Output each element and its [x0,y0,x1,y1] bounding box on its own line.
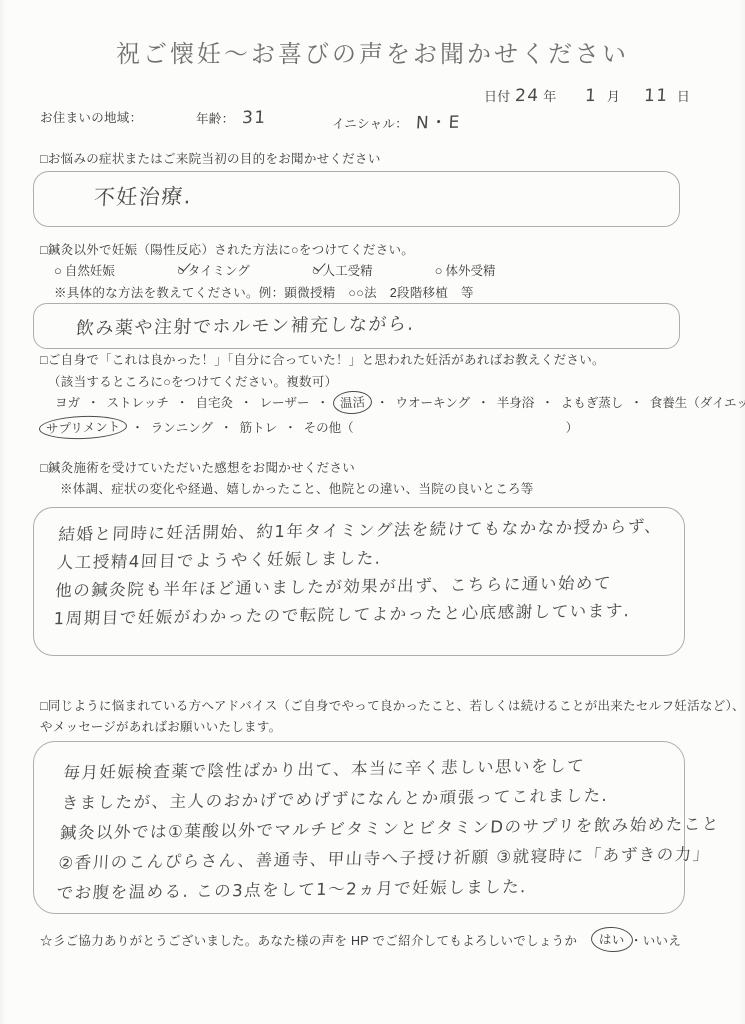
option-circle-icon: ○ [177,263,185,278]
q3-option: 自宅灸 [195,393,233,411]
q2-option-label: 自然妊娠 [65,261,115,279]
q2-option-artificial-insemination-checked: ○ 人工受精 [312,261,373,279]
page-title: 祝ご懐妊～お喜びの声をお聞かせください [0,34,745,69]
q3-option: 筋トレ [240,418,278,436]
q3-option: レーザー [259,393,309,411]
q4-label: □鍼灸施術を受けていただいた感想をお聞かせください [40,458,355,476]
q2-option-ivf: ○ 体外受精 [435,261,496,279]
footer-text: ☆彡ご協力ありがとうございました。あなた様の声を HP でご紹介してもよろしいで… [40,931,577,949]
date-day-label: 日 [677,86,690,105]
q5-answer-box: 毎月妊娠検査薬で陰性ばかり出て、本当に辛く悲しい思いをして きましたが、主人のお… [33,741,685,914]
date-month-label: 月 [607,86,620,105]
q2-option-natural: ○ 自然妊娠 [54,261,115,279]
q2-options-row: ○ 自然妊娠 ○ タイミング ○ 人工受精 ○ 体外受精 [54,261,496,279]
option-separator: ・ [541,393,554,411]
q3-option: ランニング [151,418,213,436]
date-field: 日付 24 年 1 月 11 日 [484,86,690,106]
q3-options-line2: サプリメント・ ランニング・ 筋トレ・ その他（ ） [42,418,578,436]
option-circle-icon: ○ [435,263,443,278]
age-value-handwritten: 31 [242,108,268,128]
q3-option: 半身浴 [497,393,535,411]
q3-note: （該当するところに○をつけてください。複数可） [48,372,337,390]
q3-option: よもぎ蒸し [561,393,624,411]
q2-option-label: 人工受精 [323,261,373,279]
option-separator: ・ [131,418,144,436]
q3-option: ウオーキング [396,393,471,411]
q3-option: 食養生（ダイエット） [650,393,745,411]
option-separator: ・ [240,393,253,411]
q2-answer-box: 飲み薬や注射でホルモン補充しながら. [33,303,680,349]
footer-consent-row: ☆彡ご協力ありがとうございました。あなた様の声を HP でご紹介してもよろしいで… [40,930,681,949]
option-separator: ・ [284,418,297,436]
consent-yes-circled: はい [591,926,634,953]
q3-option-onkatsu-circled: 温活 [332,389,372,414]
consent-no: いいえ [643,931,681,949]
option-separator: ・ [220,418,233,436]
date-year-label: 年 [543,86,556,105]
date-prefix-label: 日付 [484,86,511,105]
option-separator: ・ [376,393,389,411]
option-circle-icon: ○ [54,263,62,278]
option-separator: ・ [477,393,490,411]
option-separator: ・ [176,393,189,411]
q1-answer-box: 不妊治療. [33,171,680,227]
initials-label: イニシャル： [332,114,408,132]
date-month-handwritten: 1 [584,86,597,106]
q3-option: ヨガ [55,393,80,411]
date-year-handwritten: 24 [514,86,540,106]
q2-option-label: 体外受精 [445,261,495,279]
q5-label-line2: やメッセージがあればお願いいたします。 [40,717,281,735]
q1-label: □お悩みの症状またはご来院当初の目的をお聞かせください [40,149,381,167]
age-label: 年齢： [196,109,234,127]
date-day-handwritten: 11 [644,86,670,106]
scanned-questionnaire-page: 祝ご懐妊～お喜びの声をお聞かせください 日付 24 年 1 月 11 日 お住ま… [0,0,745,1024]
option-separator: ・ [630,393,643,411]
q2-note: ※具体的な方法を教えてください。例：顕微授精 ○○法 2段階移植 等 [54,283,474,301]
q2-label: □鍼灸以外で妊娠（陽性反応）された方法に○をつけてください。 [40,240,414,258]
q4-answer-handwritten: 結婚と同時に妊活開始、約1年タイミング法を続けてもなかなか授からず、 人工授精4… [53,513,663,634]
q4-note: ※体調、症状の変化や経過、嬉しかったこと、他院との違い、当院の良いところ等 [60,479,534,497]
initials-value-handwritten: N・E [415,108,461,134]
q4-answer-box: 結婚と同時に妊活開始、約1年タイミング法を続けてもなかなか授からず、 人工授精4… [33,507,685,656]
q3-other-close-paren: ） [566,418,579,436]
q3-options-line1: ヨガ・ ストレッチ・ 自宅灸・ レーザー・ 温活・ ウオーキング・ 半身浴・ よ… [55,393,745,411]
q3-option: ストレッチ [107,393,169,411]
region-label: お住まいの地域： [40,108,142,126]
q2-option-label: タイミング [188,261,250,279]
q3-label: □ご自身で「これは良かった！」「自分に合っていた！」と思われた妊活があればお教え… [40,350,605,368]
option-circle-icon: ○ [312,263,320,278]
patient-info-row: お住まいの地域： 年齢： 31 イニシャル： N・E [40,108,700,132]
q2-option-timing-checked: ○ タイミング [177,261,250,279]
q2-answer-handwritten: 飲み薬や注射でホルモン補充しながら. [75,310,415,341]
q5-label-line1: □同じように悩まれている方へアドバイス（ご自身でやって良かったこと、若しくは続け… [40,696,745,714]
option-separator: ・ [87,393,100,411]
q3-option-other: その他（ [304,418,354,436]
q5-answer-handwritten: 毎月妊娠検査薬で陰性ばかり出て、本当に辛く悲しい思いをして きましたが、主人のお… [56,749,724,908]
option-separator: ・ [316,393,329,411]
q1-answer-handwritten: 不妊治療. [93,180,193,211]
q3-option-supplement-circled: サプリメント [39,414,128,440]
